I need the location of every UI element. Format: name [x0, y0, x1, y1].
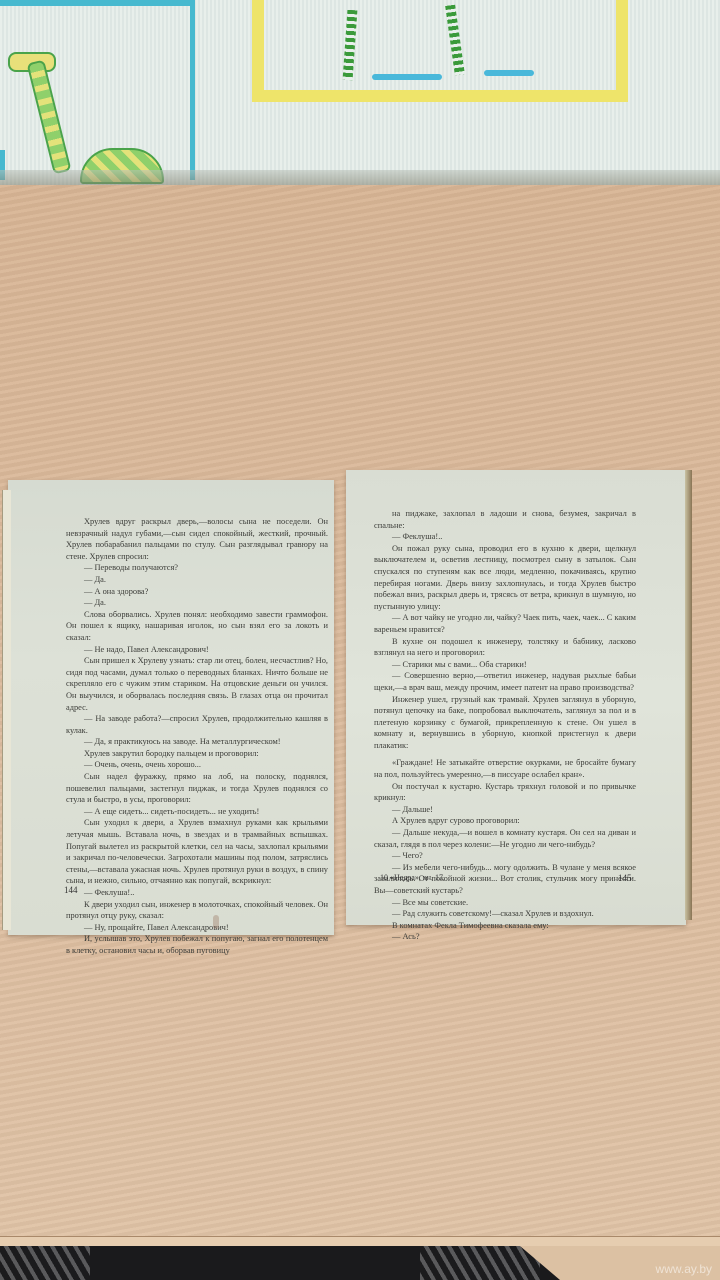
wallpaper-wall — [0, 0, 720, 185]
paragraph: Сын надел фуражку, прямо на лоб, на поло… — [66, 771, 328, 806]
paragraph: — Чего? — [374, 850, 636, 862]
paragraph: — Да. — [66, 597, 328, 609]
paragraph: — Рад служить советскому!—сказал Хрулев … — [374, 908, 636, 920]
wallpaper-grass — [372, 74, 442, 80]
paragraph: — Ась? — [374, 931, 636, 943]
page-body-text: Хрулев вдруг раскрыл дверь,—волосы сына … — [66, 516, 328, 957]
paragraph: Хрулев вдруг раскрыл дверь,—волосы сына … — [66, 516, 328, 562]
book-page-right: на пиджаке, захлопал в ладоши и снова, б… — [346, 470, 686, 925]
paragraph: — Очень, очень, очень хорошо... — [66, 759, 328, 771]
book-page-left: Хрулев вдруг раскрыл дверь,—волосы сына … — [8, 480, 334, 935]
paragraph: Слова оборвались. Хрулев понял: необходи… — [66, 609, 328, 644]
paragraph: — Переводы получаются? — [66, 562, 328, 574]
paragraph: — А она здорова? — [66, 586, 328, 598]
page-worn-edge — [685, 470, 692, 920]
watermark: www.ay.by — [656, 1262, 712, 1276]
giraffe-drawing-neck — [26, 60, 71, 175]
paragraph: — На заводе работа?—спросил Хрулев, прод… — [66, 713, 328, 736]
paragraph: — Все мы советские. — [374, 897, 636, 909]
paragraph: — А еще сидеть... сидеть-посидеть... не … — [66, 806, 328, 818]
paragraph: Сын пришел к Хрулеву узнать: стар ли оте… — [66, 655, 328, 713]
paragraph: В комнатах Фекла Тимофеевна сказала ему: — [374, 920, 636, 932]
patterned-rug — [0, 1246, 90, 1280]
wallpaper-yellow-frame — [252, 0, 628, 102]
paragraph: Он пожал руку сына, проводил его в кухню… — [374, 543, 636, 613]
wallpaper-grass — [484, 70, 534, 76]
paragraph: — Да, я практикуюсь на заводе. На металл… — [66, 736, 328, 748]
paper-stain — [213, 915, 219, 929]
signature-mark: 10 «Недра», кн. 17. — [380, 873, 445, 882]
paragraph: — Дальше! — [374, 804, 636, 816]
page-number: 144 — [64, 885, 78, 895]
paragraph: — Дальше некуда,—и вошел в комнату куста… — [374, 827, 636, 850]
paragraph: — Да. — [66, 574, 328, 586]
paragraph: Он постучал к кустарю. Кустарь тряхнул г… — [374, 781, 636, 804]
paragraph: — Ну, прощайте, Павел Александрович! — [66, 922, 328, 934]
wall-baseline-shadow — [0, 170, 720, 186]
paragraph: Сын уходил к двери, а Хрулев взмахнул ру… — [66, 817, 328, 887]
wallpaper-blue-line — [0, 0, 190, 6]
paragraph: — Совершенно верно,—ответил инженер, над… — [374, 670, 636, 693]
paragraph: «Граждане! Не затыкайте отверстие окурка… — [374, 757, 636, 780]
paragraph: — Старики мы с вами... Оба старики! — [374, 659, 636, 671]
page-number: 145 — [618, 873, 632, 883]
paragraph: — А вот чайку не угодно ли, чайку? Чаек … — [374, 612, 636, 635]
paragraph: А Хрулев вдруг сурово проговорил: — [374, 815, 636, 827]
paragraph: К двери уходил сын, инженер в молоточках… — [66, 899, 328, 922]
paragraph: И, услышав это, Хрулев побежал к попугаю… — [66, 933, 328, 956]
paragraph: — Феклуша!.. — [374, 531, 636, 543]
paragraph: В кухне он подошел к инженеру, толстяку … — [374, 636, 636, 659]
page-stack-edge — [2, 490, 11, 930]
patterned-rug — [420, 1246, 540, 1280]
wallpaper-blue-line — [190, 0, 195, 180]
paragraph: Инженер ушел, грузный как трамвай. Хруле… — [374, 694, 636, 752]
paragraph: — Феклуша!.. — [66, 887, 328, 899]
paragraph: на пиджаке, захлопал в ладоши и снова, б… — [374, 508, 636, 531]
paragraph: — Не надо, Павел Александрович! — [66, 644, 328, 656]
paragraph: Хрулев закрутил бородку пальцем и прогов… — [66, 748, 328, 760]
